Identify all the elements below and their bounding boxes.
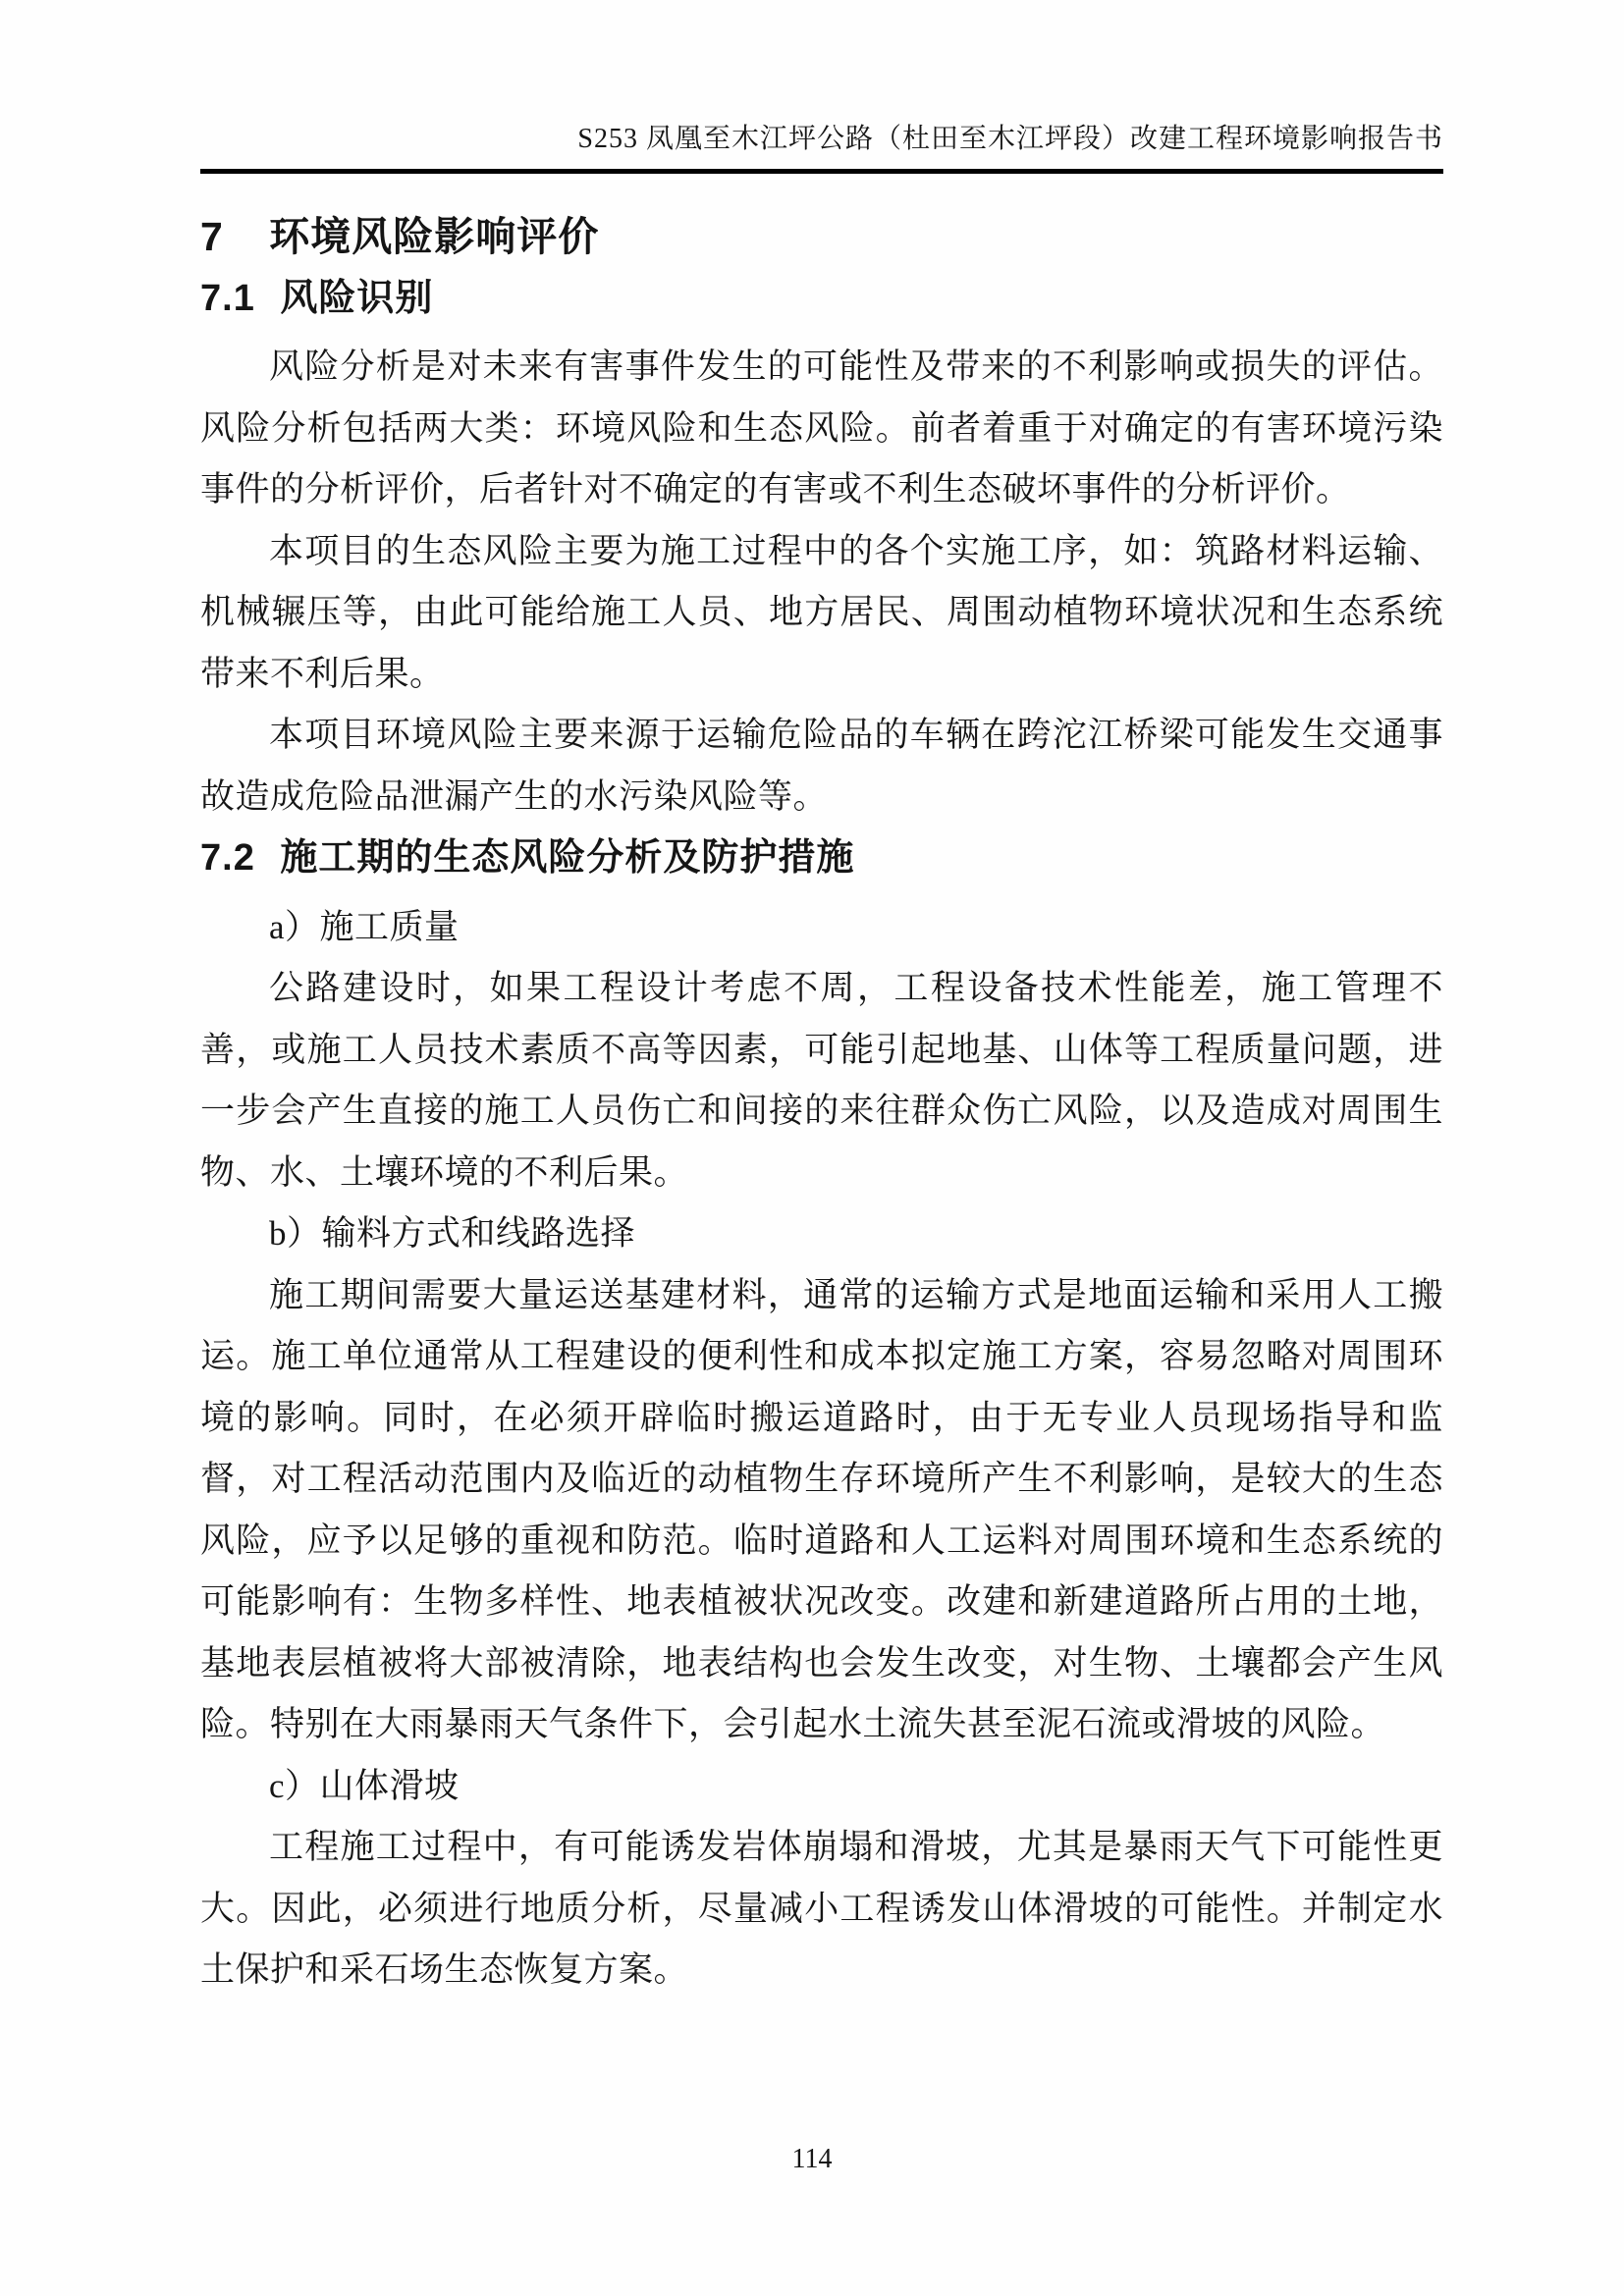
- page-number: 114: [0, 2142, 1624, 2177]
- subheading-b-material-transport: b）输料方式和线路选择: [200, 1203, 1443, 1265]
- section-number: 7.1: [200, 268, 255, 330]
- subheading-c-landslide: c）山体滑坡: [200, 1756, 1443, 1818]
- section-number: 7: [200, 206, 224, 268]
- paragraph-material-transport: 施工期间需要大量运送基建材料，通常的运输方式是地面运输和采用人工搬运。施工单位通…: [200, 1265, 1443, 1756]
- paragraph-landslide: 工程施工过程中，有可能诱发岩体崩塌和滑坡，尤其是暴雨天气下可能性更大。因此，必须…: [200, 1817, 1443, 2002]
- paragraph-construction-quality: 公路建设时，如果工程设计考虑不周，工程设备技术性能差，施工管理不善，或施工人员技…: [200, 958, 1443, 1203]
- section-title: 环境风险影响评价: [269, 214, 599, 259]
- paragraph-environmental-risk: 本项目环境风险主要来源于运输危险品的车辆在跨沱江桥梁可能发生交通事故造成危险品泄…: [200, 705, 1443, 828]
- page-content: 7 环境风险影响评价 7.1 风险识别 风险分析是对未来有害事件发生的可能性及带…: [200, 206, 1443, 2002]
- section-heading-7: 7 环境风险影响评价: [200, 206, 1443, 268]
- section-title: 施工期的生态风险分析及防护措施: [280, 837, 854, 879]
- header-rule: [200, 169, 1443, 174]
- section-title: 风险识别: [280, 278, 433, 319]
- paragraph-ecological-risk: 本项目的生态风险主要为施工过程中的各个实施工序，如：筑路材料运输、机械辗压等，由…: [200, 521, 1443, 706]
- section-heading-7-2: 7.2 施工期的生态风险分析及防护措施: [200, 828, 1443, 889]
- subheading-a-construction-quality: a）施工质量: [200, 897, 1443, 959]
- running-header-title: S253 凤凰至木江坪公路（杜田至木江坪段）改建工程环境影响报告书: [200, 122, 1443, 157]
- paragraph-risk-definition: 风险分析是对未来有害事件发生的可能性及带来的不利影响或损失的评估。风险分析包括两…: [200, 337, 1443, 521]
- document-page: S253 凤凰至木江坪公路（杜田至木江坪段）改建工程环境影响报告书 7 环境风险…: [0, 0, 1624, 2296]
- section-heading-7-1: 7.1 风险识别: [200, 268, 1443, 330]
- section-number: 7.2: [200, 828, 255, 889]
